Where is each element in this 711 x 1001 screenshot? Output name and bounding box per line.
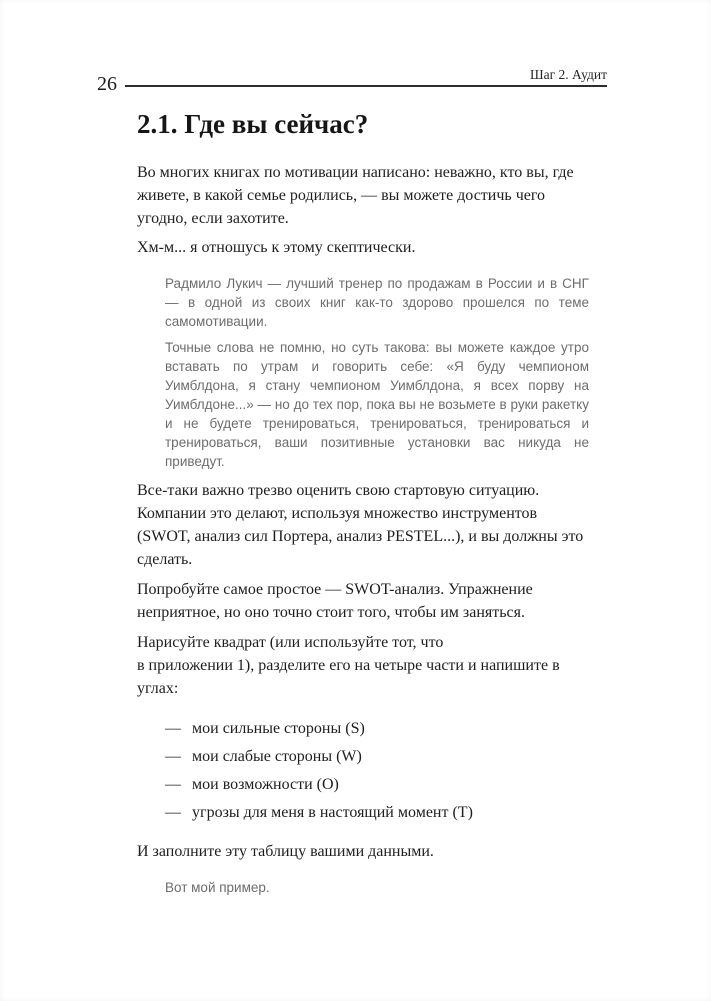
paragraph-draw-square: Нарисуйте квадрат (или используйте тот, … xyxy=(137,631,589,700)
paragraph-assess-situation: Все-таки важно трезво оценить свою старт… xyxy=(137,479,589,571)
page-content: 2.1. Где вы сейчас? Во многих книгах по … xyxy=(137,106,589,897)
dash-marker: — xyxy=(165,773,181,796)
header-rule xyxy=(125,85,607,87)
paragraph-motivation-books: Во многих книгах по мотивации написано: … xyxy=(137,161,589,230)
list-item-text: мои возможности (O) xyxy=(192,773,339,796)
list-item-threats: — угрозы для меня в настоящий момент (T) xyxy=(165,801,589,824)
book-page: 26 Шаг 2. Аудит 2.1. Где вы сейчас? Во м… xyxy=(0,0,711,1001)
dash-marker: — xyxy=(165,745,181,768)
paragraph-swot-suggestion: Попробуйте самое простое — SWOT-анализ. … xyxy=(137,578,589,624)
dash-marker: — xyxy=(165,717,181,740)
aside-my-example: Вот мой пример. xyxy=(165,878,589,897)
page-number: 26 xyxy=(97,74,117,94)
paragraph-skeptical: Хм-м... я отношусь к этому скептически. xyxy=(137,236,589,259)
swot-list: — мои сильные стороны (S) — мои слабые с… xyxy=(137,717,589,824)
list-item-text: мои сильные стороны (S) xyxy=(192,717,365,740)
list-item-text: угрозы для меня в настоящий момент (T) xyxy=(192,801,473,824)
list-item-weaknesses: — мои слабые стороны (W) xyxy=(165,745,589,768)
aside-wimbledon-quote: Точные слова не помню, но суть такова: в… xyxy=(165,338,589,471)
dash-marker: — xyxy=(165,801,181,824)
paragraph-fill-table: И заполните эту таблицу вашими данными. xyxy=(137,840,589,863)
list-item-text: мои слабые стороны (W) xyxy=(192,745,362,768)
section-title: 2.1. Где вы сейчас? xyxy=(137,106,589,142)
aside-radmilo-lukich: Радмило Лукич — лучший тренер по продажа… xyxy=(165,274,589,331)
list-item-opportunities: — мои возможности (O) xyxy=(165,773,589,796)
list-item-strengths: — мои сильные стороны (S) xyxy=(165,717,589,740)
running-head: Шаг 2. Аудит xyxy=(530,67,607,83)
